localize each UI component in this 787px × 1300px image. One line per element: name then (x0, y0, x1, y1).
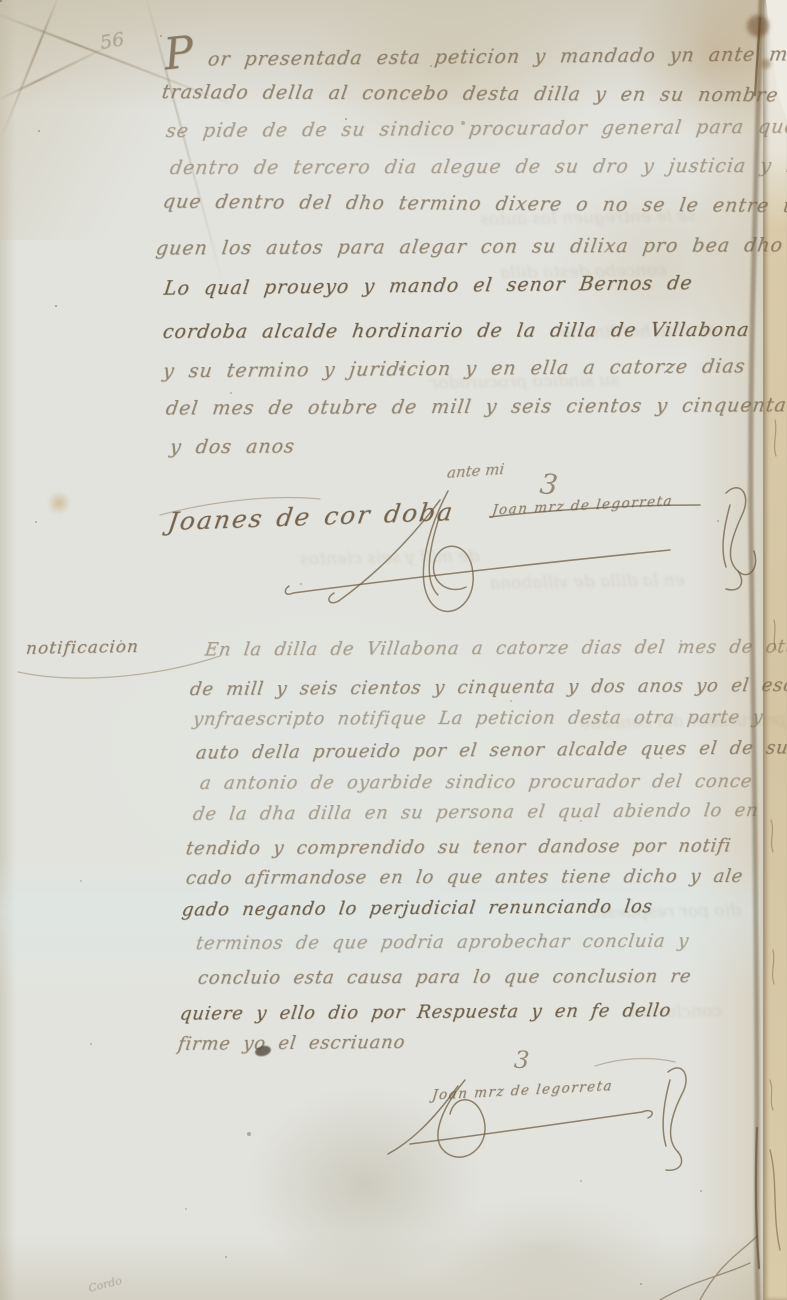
notification-line: tendido y comprendido su tenor dandose p… (185, 836, 733, 860)
folio-number: 56 (98, 28, 126, 54)
decree-line: cordoba alcalde hordinario de la dilla d… (161, 319, 751, 343)
decree-initial: P (161, 27, 196, 81)
notification-line: de mill y seis cientos y cinquenta y dos… (189, 675, 787, 700)
closing-rubric-flourish-icon (370, 1050, 700, 1190)
notification-line: quiere y ello dio por Respuesta y en fe … (179, 1000, 673, 1024)
notification-line: cado afirmandose en lo que antes tiene d… (185, 866, 745, 889)
decree-line: traslado della al concebo desta dilla y … (160, 81, 787, 107)
notification-line: ynfraescripto notifique La peticion dest… (192, 707, 765, 730)
decree-line: se pide de de su sindico procurador gene… (165, 116, 787, 142)
decree-line: del mes de otubre de mill y seis cientos… (165, 394, 787, 419)
decree-line: dentro de tercero dia alegue de su dro y… (168, 155, 787, 179)
notification-line: gado negando lo perjudicial renunciando … (181, 896, 654, 920)
decree-line: guen los autos para alegar con su dilixa… (155, 234, 785, 259)
decree-line: que dentro del dho termino dixere o no s… (161, 191, 787, 218)
manuscript-page: se le entreguen los autos concebo desta … (0, 0, 787, 1300)
notification-line: de la dha dilla en su persona el qual ab… (192, 800, 760, 825)
notification-line: a antonio de oyarbide sindico procurador… (199, 771, 754, 794)
decree-line: y dos anos (169, 436, 297, 459)
notification-line: En la dilla de Villabona a catorze dias … (204, 636, 787, 660)
foxing-speckles (0, 0, 2, 2)
notification-line: concluio esta causa para lo que conclusi… (197, 966, 693, 989)
notary-rubric-flourish-icon (280, 455, 780, 665)
notification-line: terminos de que podria aprobechar conclu… (195, 931, 691, 955)
